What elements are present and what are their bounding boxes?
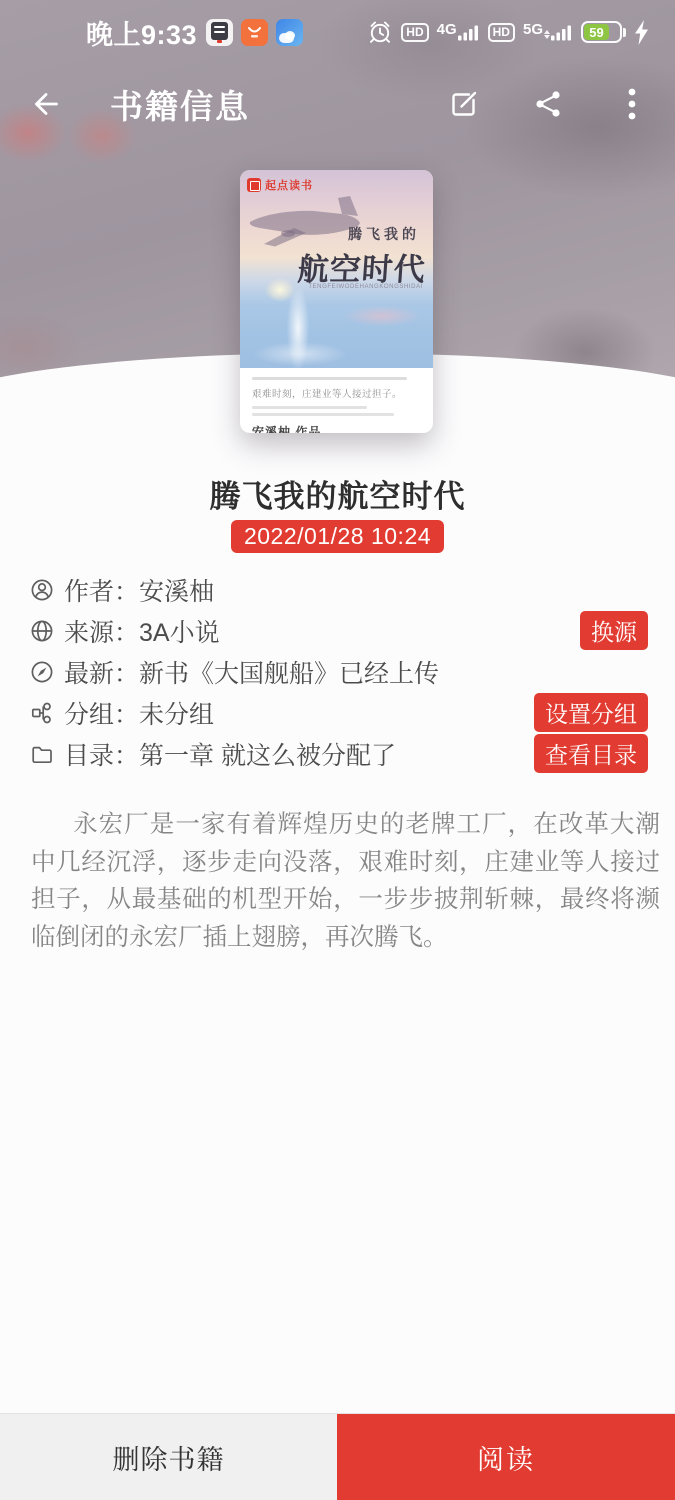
data-arrows-icon [544, 30, 550, 39]
more-menu-button[interactable] [615, 87, 649, 121]
globe-icon [30, 619, 54, 643]
page-title: 书籍信息 [110, 81, 250, 128]
change-source-button[interactable]: 换源 [580, 611, 648, 650]
bottom-action-bar: 删除书籍 阅读 [0, 1413, 675, 1500]
group-row: 分组： 未分组 设置分组 [30, 692, 648, 733]
group-value: 未分组 [139, 695, 214, 731]
author-value: 安溪柚 [139, 572, 214, 608]
set-group-button[interactable]: 设置分组 [534, 693, 648, 732]
read-button[interactable]: 阅读 [337, 1414, 675, 1500]
alarm-icon [367, 19, 393, 45]
store-app-icon [241, 19, 268, 46]
cover-artwork: 起点读书 腾飞我的 航空时代 TENGFEIWODEHANGKONGSHIDAI [240, 170, 433, 368]
hd-badge-2: HD [488, 23, 515, 42]
cover-author-credit: 安溪柚 作品 [252, 423, 421, 433]
updated-time-badge: 2022/01/28 10:24 [231, 520, 444, 553]
cover-title-small: 腾飞我的 [348, 224, 420, 244]
book-description: 永宏厂是一家有着辉煌历史的老牌工厂，在改革大潮中几经沉浮，逐步走向没落，艰难时刻… [31, 806, 660, 956]
author-label: 作者： [64, 572, 139, 608]
latest-value: 新书《大国舰船》已经上传 [139, 654, 439, 690]
notification-app-icons [206, 19, 303, 46]
status-bar: 晚上9:33 HD 4G HD 5G [0, 12, 675, 52]
airplane-silhouette [242, 192, 364, 250]
book-info-screen: 晚上9:33 HD 4G HD 5G [0, 0, 675, 1500]
book-cover[interactable]: 起点读书 腾飞我的 航空时代 TENGFEIWODEHANGKONGSHIDAI… [240, 170, 433, 433]
group-label: 分组： [64, 695, 139, 731]
delete-book-button[interactable]: 删除书籍 [0, 1414, 337, 1500]
cover-text-block: 艰难时刻，庄建业等人接过担子。 安溪柚 作品 [240, 368, 433, 433]
latest-label: 最新： [64, 654, 139, 690]
book-meta-list: 作者： 安溪柚 来源： 3A小说 换源 最新： 新书《大国舰船》已经上传 分组：… [30, 569, 648, 774]
cover-title-main: 航空时代 [296, 244, 427, 289]
cover-microtext-line [252, 413, 394, 416]
view-catalog-button[interactable]: 查看目录 [534, 734, 648, 773]
group-icon [30, 701, 54, 725]
signal-4g: 4G [437, 23, 480, 41]
status-time: 晚上9:33 [86, 13, 197, 52]
battery-percent: 59 [584, 24, 609, 40]
source-row: 来源： 3A小说 换源 [30, 610, 648, 651]
latest-chapter-row: 最新： 新书《大国舰船》已经上传 [30, 651, 648, 692]
compass-icon [30, 660, 54, 684]
cover-tagline: 艰难时刻，庄建业等人接过担子。 [252, 386, 421, 400]
user-icon [30, 578, 54, 602]
folder-icon [30, 742, 54, 766]
share-button[interactable] [531, 87, 565, 121]
back-button[interactable] [26, 84, 66, 124]
catalog-row: 目录： 第一章 就这么被分配了 查看目录 [30, 733, 648, 774]
catalog-label: 目录： [64, 736, 139, 772]
edit-button[interactable] [447, 87, 481, 121]
source-label: 来源： [64, 613, 139, 649]
cover-microtext-line [252, 377, 407, 380]
author-row: 作者： 安溪柚 [30, 569, 648, 610]
catalog-value: 第一章 就这么被分配了 [139, 736, 396, 772]
source-value: 3A小说 [139, 613, 220, 649]
app-bar: 书籍信息 [0, 72, 675, 136]
cover-pinyin: TENGFEIWODEHANGKONGSHIDAI [308, 284, 423, 290]
cover-microtext-line [252, 406, 367, 409]
hd-badge-1: HD [401, 23, 428, 42]
cover-brand: 起点读书 [247, 177, 313, 193]
qidian-logo-icon [247, 178, 261, 192]
signal-5g: 5G [523, 23, 573, 41]
book-title: 腾飞我的航空时代 [0, 471, 675, 516]
charging-bolt-icon [634, 20, 649, 45]
weather-app-icon [276, 19, 303, 46]
status-indicators: HD 4G HD 5G 59 [367, 19, 649, 45]
reader-app-icon [206, 19, 233, 46]
battery-indicator: 59 [581, 21, 626, 43]
